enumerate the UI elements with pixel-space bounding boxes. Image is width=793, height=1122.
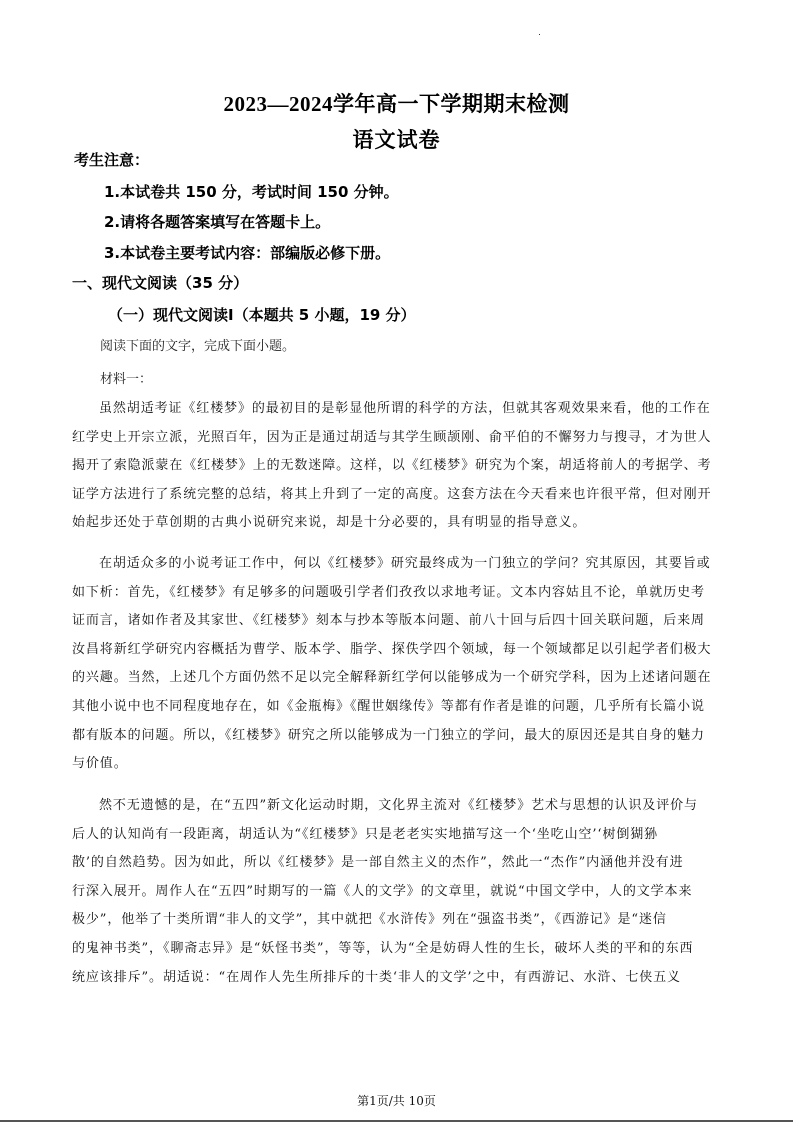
passage-line: 散’的自然趋势。因为如此，所以《红楼梦》是一部自然主义的杰作”，然此一“杰作”内…: [72, 849, 720, 878]
material-label: 材料一：: [100, 371, 152, 389]
passage-line: 汝昌将新红学研究内容概括为曹学、版本学、脂学、探佚学四个领域，每一个领域都足以引…: [72, 636, 720, 665]
passage-line: 始起步还处于草创期的古典小说研究来说，却是十分必要的，具有明显的指导意义。: [72, 509, 720, 538]
subsection-heading: （一）现代文阅读Ⅰ（本题共 5 小题，19 分）: [108, 305, 416, 325]
passage-line: 的鬼神书类”，《聊斋志异》是“妖怪书类”，等等，认为“全是妨碍人性的生长，破坏人…: [72, 935, 720, 964]
passage-line: 红学史上开宗立派，光照百年，因为正是通过胡适与其学生顾颉刚、俞平伯的不懈努力与搜…: [72, 424, 720, 453]
notice-item-2: 2.请将各题答案填写在答题卡上。: [104, 212, 330, 232]
passage-line: 证学方法进行了系统完整的总结，将其上升到了一定的高度。这套方法在今天看来也许很平…: [72, 481, 720, 510]
scan-speck: [539, 34, 540, 35]
passage-line: 虽然胡适考证《红楼梦》的最初目的是彰显他所谓的科学的方法，但就其客观效果来看，他…: [72, 395, 720, 424]
notice-item-3: 3.本试卷主要考试内容：部编版必修下册。: [104, 243, 390, 263]
page-indicator: 第1页/共 10页: [0, 1093, 793, 1109]
passage-paragraph-3: 然不无遗憾的是，在“五四”新文化运动时期，文化界主流对《红楼梦》艺术与思想的认识…: [72, 792, 720, 992]
exam-subtitle: 语文试卷: [0, 128, 793, 152]
passage-line: 揭开了索隐派蒙在《红楼梦》上的无数迷障。这样，以《红楼梦》研究为个案，胡适将前人…: [72, 452, 720, 481]
passage-line: 与价值。: [72, 750, 720, 779]
passage-line: 在胡适众多的小说考证工作中，何以《红楼梦》研究最终成为一门独立的学问？究其原因，…: [72, 550, 720, 579]
passage-line: 统应该排斥”。胡适说：“在周作人先生所排斥的十类‘非人的文学’之中，有西游记、水…: [72, 964, 720, 993]
passage-paragraph-1: 虽然胡适考证《红楼梦》的最初目的是彰显他所谓的科学的方法，但就其客观效果来看，他…: [72, 395, 720, 538]
passage-paragraph-2: 在胡适众多的小说考证工作中，何以《红楼梦》研究最终成为一门独立的学问？究其原因，…: [72, 550, 720, 779]
passage-line: 的兴趣。当然，上述几个方面仍然不足以完全解释新红学何以能够成为一个研究学科，因为…: [72, 664, 720, 693]
passage-line: 行深入展开。周作人在“五四”时期写的一篇《人的文学》的文章里，就说“中国文学中，…: [72, 878, 720, 907]
passage-line: 其他小说中也不同程度地存在，如《金瓶梅》《醒世姻缘传》等都有作者是谁的问题，几乎…: [72, 693, 720, 722]
passage-line: 如下析：首先，《红楼梦》有足够多的问题吸引学者们孜孜以求地考证。文本内容姑且不论…: [72, 579, 720, 608]
exam-title: 2023—2024学年高一下学期期末检测: [0, 92, 793, 116]
passage-line: 都有版本的问题。所以，《红楼梦》研究之所以能够成为一门独立的学问，最大的原因还是…: [72, 722, 720, 751]
reading-instruction: 阅读下面的文字，完成下面小题。: [100, 338, 295, 356]
passage-line: 然不无遗憾的是，在“五四”新文化运动时期，文化界主流对《红楼梦》艺术与思想的认识…: [72, 792, 720, 821]
notice-heading: 考生注意：: [74, 150, 149, 170]
section-heading: 一、现代文阅读（35 分）: [72, 273, 248, 293]
document-page: 2023—2024学年高一下学期期末检测 语文试卷 考生注意： 1.本试卷共 1…: [0, 0, 793, 1120]
passage-line: 后人的认知尚有一段距离，胡适认为“《红楼梦》只是老老实实地描写这一个‘坐吃山空’…: [72, 821, 720, 850]
passage-line: 极少”，他举了十类所谓“非人的文学”，其中就把《水浒传》列在“强盗书类”，《西游…: [72, 906, 720, 935]
passage-line: 证而言，诸如作者及其家世、《红楼梦》刻本与抄本等版本问题、前八十回与后四十回关联…: [72, 607, 720, 636]
notice-item-1: 1.本试卷共 150 分，考试时间 150 分钟。: [104, 182, 399, 202]
